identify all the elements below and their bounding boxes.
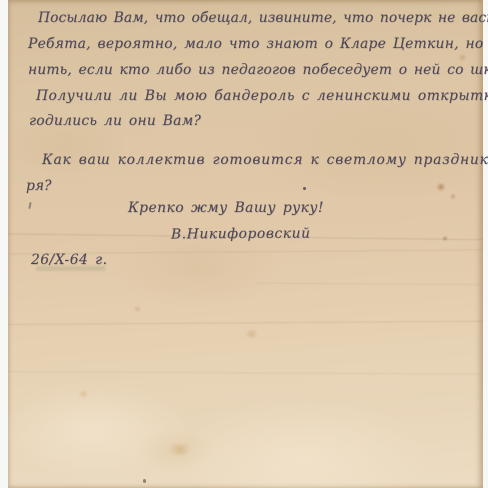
ink-dot [143,479,146,483]
crease-line [8,371,483,375]
letter-scan: Посылаю Вам, что обещал, извините, что п… [0,0,488,488]
stain-spot [442,236,448,241]
stain-spot [134,306,141,312]
letter-line-3: нить, если кто либо из педагогов побесед… [28,62,488,78]
letter-line-7: ря? [26,178,51,194]
stain-spot [166,444,194,455]
ink-dot [303,187,306,190]
signature: В.Никифоровский [171,226,311,243]
stain-spot [436,183,446,191]
crease-line [8,320,483,325]
stain-spot [244,330,259,338]
letter-line-8: Крепко жму Вашу руку! [128,200,324,216]
letter-line-2: Ребята, вероятно, мало что знают о Кларе… [28,36,488,52]
stain-spot [450,194,456,199]
letter-line-6: Как ваш коллектив готовится к светлому п… [42,152,488,168]
letter-line-5: годились ли они Вам? [29,113,201,129]
ink-mark [28,202,31,209]
date-line: 26/X-64 г. [31,252,108,268]
crease-line [255,282,483,286]
stain-spot [78,390,89,398]
stain-spot [458,54,467,61]
letter-line-1: Посылаю Вам, что обещал, извините, что п… [38,10,488,26]
letter-line-4: Получили ли Вы мою бандероль с ленинским… [36,88,488,104]
letter-paper: Посылаю Вам, что обещал, извините, что п… [8,0,483,488]
